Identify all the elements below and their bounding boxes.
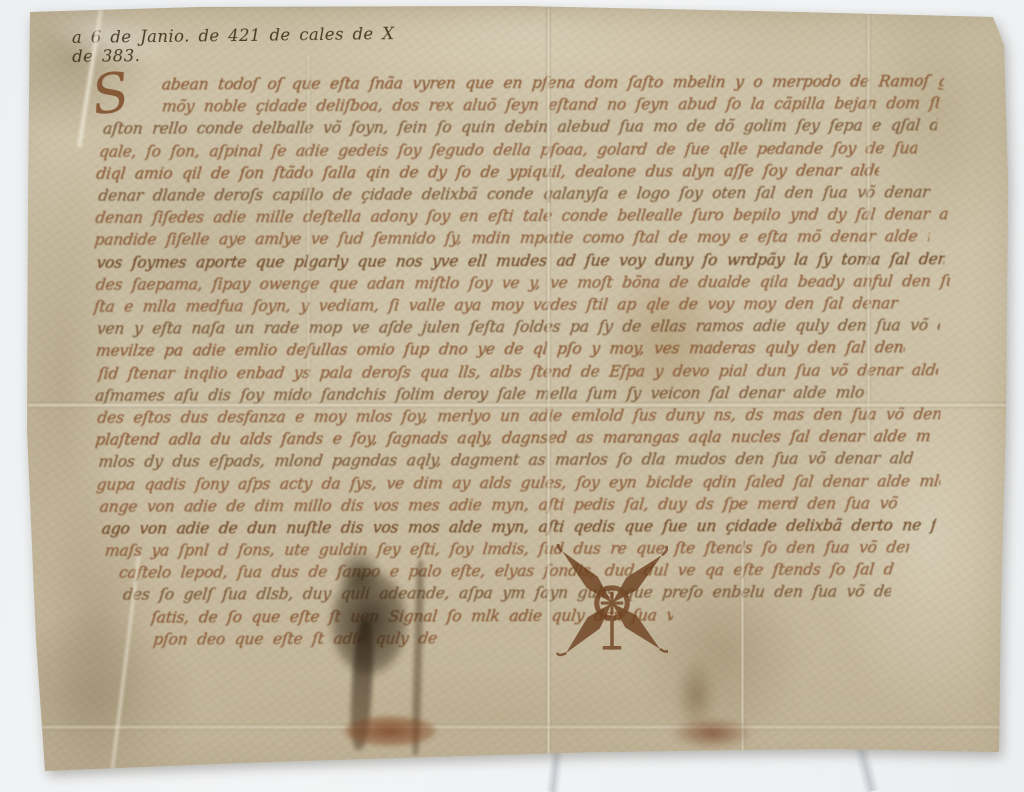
parchment-edge-vignette xyxy=(0,0,1024,792)
photograph-background: abean todoſ oſ que eſta ſnãa vyren que e… xyxy=(0,0,1024,792)
parchment-shadow-wrap: abean todoſ oſ que eſta ſnãa vyren que e… xyxy=(0,0,1024,792)
parchment-sheet: abean todoſ oſ que eſta ſnãa vyren que e… xyxy=(0,0,1024,792)
